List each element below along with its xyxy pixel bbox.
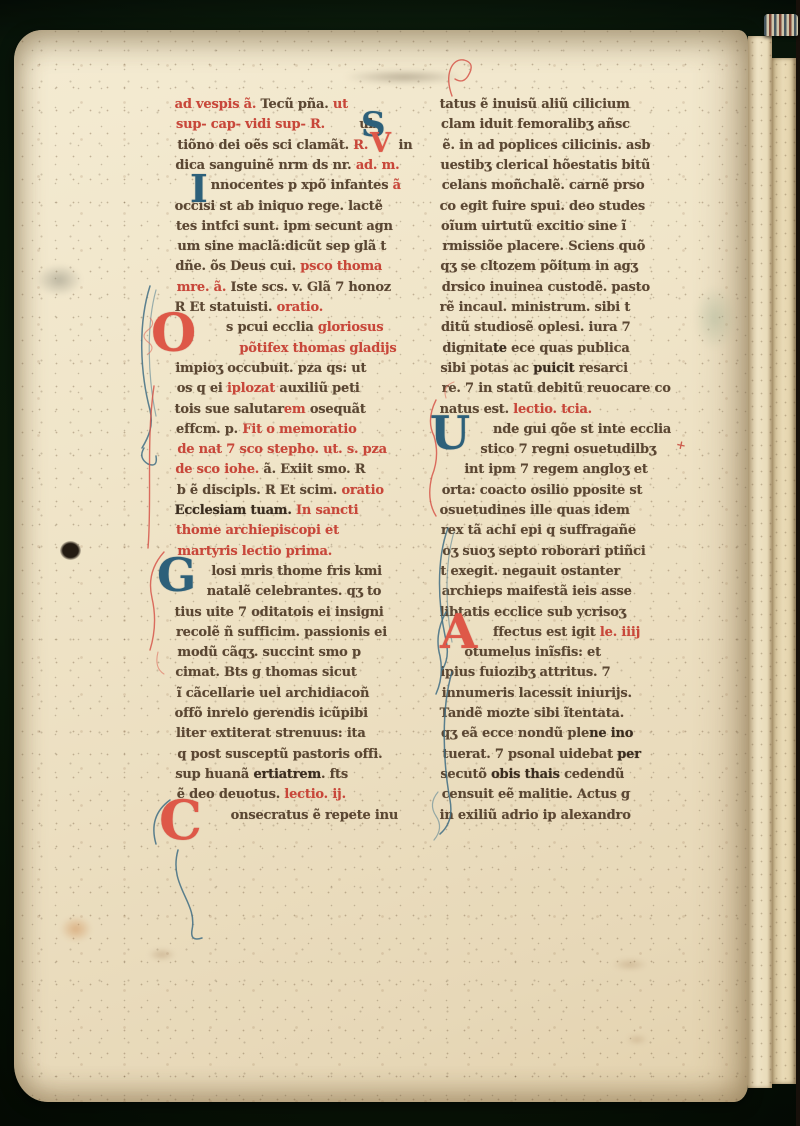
manuscript-line: ĩ cãcellarie uel archidiacoñ: [177, 684, 370, 704]
stain-orange: [60, 916, 92, 942]
text-segment: rex tã achi epi q suffragañe: [441, 523, 636, 538]
manuscript-line: natalẽ celebrantes. qʒ to: [177, 582, 382, 602]
manuscript-line: qʒ se cltozem põitum in agʒ: [440, 257, 637, 277]
manuscript-line: ad vespis ã. Tecũ pña. ut: [175, 95, 348, 115]
text-segment: qʒ eã ecce nondũ ple: [441, 726, 589, 741]
text-segment: orta: coacto osilio pposite st: [442, 483, 643, 498]
text-segment: rmissiõe placere. Sciens quõ: [442, 239, 645, 254]
illuminated-initial-a: A: [440, 610, 477, 654]
manuscript-line: osuetudines ille quas idem: [440, 501, 630, 521]
text-segment: oʒ suoʒ septo roborari ptiñci: [442, 544, 645, 559]
text-segment: ad. m.: [356, 158, 400, 173]
text-segment: ipius fuiozibʒ attritus. 7: [440, 665, 610, 680]
text-segment: ad vespis ã.: [175, 97, 261, 112]
manuscript-line: offõ inrelo gerendis icũpibi: [175, 704, 368, 724]
manuscript-line: põtifex thomas gladijs: [177, 339, 396, 359]
text-segment: re. 7 in statũ debitũ reuocare co: [442, 381, 671, 396]
text-segment: Fit o memoratio: [242, 422, 356, 437]
manuscript-line: qʒ eã ecce nondũ plene ino: [441, 724, 633, 744]
text-segment: thome archiepiscopi et: [176, 523, 339, 538]
text-segment: lectio. tcia.: [513, 402, 592, 417]
text-segment: Ecclesiam tuam.: [175, 503, 296, 518]
text-segment: oratio: [341, 483, 383, 498]
text-segment: oratio.: [277, 300, 323, 315]
text-segment: ertiatrem: [253, 767, 321, 782]
manuscript-line: Ecclesiam tuam. In sancti: [175, 501, 359, 521]
manuscript-line: um sine maclã:dicũt sep glã t: [177, 237, 386, 257]
text-segment: cimat. Bts g thomas sicut: [175, 665, 356, 680]
illuminated-initial-c: C: [159, 796, 202, 846]
text-segment: q post susceptũ pastoris offi.: [177, 747, 382, 762]
text-segment: põtifex thomas gladijs: [239, 341, 396, 356]
text-segment: ditũ studiosẽ oplesi. iura 7: [441, 320, 631, 335]
fore-edge-pages-1: [748, 36, 772, 1088]
manuscript-line: impioʒ occubuit. pza qs: ut: [175, 359, 366, 379]
text-segment: tius uite 7 oditatois ei insigni: [175, 605, 384, 620]
manuscript-line: drsico inuinea custodẽ. pasto: [442, 278, 650, 298]
manuscript-line: tois sue salutarem osequãt: [175, 400, 366, 420]
text-segment: effcm. p.: [176, 422, 242, 437]
text-segment: puicit: [533, 361, 574, 376]
manuscript-line: innumeris lacessit iniurijs.: [442, 684, 632, 704]
text-segment: clam iduit femoralibʒ añsc: [441, 117, 630, 132]
manuscript-line: oĩum uirtutũ excitio sine ĩ: [441, 217, 626, 237]
text-segment: ã: [393, 178, 401, 193]
text-segment: innumeris lacessit iniurijs.: [442, 686, 632, 701]
endband: [764, 14, 798, 36]
manuscript-line: de sco iohe. ã. Exiit smo. R: [175, 460, 365, 480]
text-segment: liter extiterat strenuus: ita: [176, 726, 366, 741]
manuscript-line: thome archiepiscopi et: [176, 521, 339, 541]
text-segment: secutõ: [440, 767, 491, 782]
text-segment: . fts: [321, 767, 348, 782]
text-segment: uestibʒ clerical hõestatis bitũ: [440, 158, 650, 173]
text-segment: stico 7 regni osuetudilbʒ: [480, 442, 656, 457]
text-segment: offõ inrelo gerendis icũpibi: [175, 706, 368, 721]
manuscript-photo: { "document_type": "illuminated manuscri…: [0, 0, 800, 1126]
text-segment: lectio. ij.: [284, 787, 346, 802]
text-segment: gloriosus: [318, 320, 383, 335]
ink-offset-ghost: [694, 286, 736, 350]
manuscript-line: mre. ã. Iste scs. v. Glã 7 honoz: [177, 278, 391, 298]
manuscript-line: effcm. p. Fit o memoratio: [176, 420, 357, 440]
text-segment: tois sue salutar: [175, 402, 284, 417]
manuscript-line: dica sanguinẽ nrm ds nr. ad. m.: [175, 156, 399, 176]
text-segment: natalẽ celebrantes. qʒ to: [207, 584, 382, 599]
text-segment: s pcui ecclia: [226, 320, 318, 335]
illuminated-initial-u: U: [430, 412, 470, 454]
manuscript-line: t exegit. negauit ostanter: [440, 562, 620, 582]
manuscript-line: cimat. Bts g thomas sicut: [175, 663, 356, 683]
manuscript-line: clam iduit femoralibʒ añsc: [441, 115, 630, 135]
text-segment: per: [617, 747, 641, 762]
manuscript-line: de nat 7 sco stepho. ut. s. pza: [177, 440, 387, 460]
text-segment: ffectus est igit: [493, 625, 600, 640]
text-segment: tiõno dei oẽs sci clamãt.: [177, 138, 353, 153]
cover-edge: [796, 0, 800, 1126]
text-segment: tatus ẽ inuisũ aliũ cilicium: [440, 97, 630, 112]
text-segment: modũ cãqʒ. succint smo p: [177, 645, 360, 660]
text-segment: otumelus inĩsfis: et: [464, 645, 601, 660]
manuscript-line: dignitate ece quas publica: [442, 339, 629, 359]
text-segment: um sine maclã:dicũt sep glã t: [177, 239, 386, 254]
stain-small-2: [612, 958, 648, 971]
text-segment: t exegit. negauit ostanter: [440, 564, 620, 579]
text-segment: de nat 7 sco stepho. ut. s. pza: [177, 442, 387, 457]
text-segment: sup- cap- vidi sup- R.: [176, 117, 329, 132]
text-segment: ece quas publica: [507, 341, 630, 356]
text-segment: recolẽ ñ sufficim. passionis ei: [176, 625, 387, 640]
illuminated-initial-v: V: [370, 132, 391, 157]
manuscript-line: nnocentes p xpõ infantes ã: [177, 176, 401, 196]
text-segment: sup huanã: [175, 767, 253, 782]
stain-small-3: [626, 1034, 648, 1045]
text-segment: qʒ se cltozem põitum in agʒ: [440, 259, 637, 274]
manuscript-line: archieps maifestã ieis asse: [442, 582, 632, 602]
text-segment: in exiliũ adrio ip alexandro: [440, 808, 631, 823]
parchment-hole: [60, 541, 81, 560]
manuscript-line: int ipm 7 regem angloʒ et: [440, 460, 647, 480]
manuscript-line: tuerat. 7 psonal uidebat per: [442, 745, 640, 765]
text-segment: obis thais: [491, 767, 560, 782]
text-segment: ut: [333, 97, 348, 112]
manuscript-line: re. 7 in statũ debitũ reuocare co: [442, 379, 671, 399]
text-segment: nnocentes p xpõ infantes: [211, 178, 393, 193]
text-segment: psco thoma: [300, 259, 382, 274]
manuscript-line: dñe. õs Deus cui. psco thoma: [175, 257, 382, 277]
illuminated-initial-g: G: [157, 554, 196, 596]
text-segment: Tecũ pña.: [261, 97, 333, 112]
text-segment: int ipm 7 regem angloʒ et: [464, 462, 647, 477]
text-segment: onsecratus ẽ repete inu: [231, 808, 399, 823]
text-segment: nde gui qõe st inte ecclia: [493, 422, 671, 437]
text-segment: losi mris thome fris kmi: [211, 564, 382, 579]
text-segment: tuerat. 7 psonal uidebat: [442, 747, 617, 762]
text-segment: ã. Exiit smo. R: [263, 462, 365, 477]
text-segment: in: [399, 138, 413, 153]
manuscript-line: ditũ studiosẽ oplesi. iura 7: [441, 318, 631, 338]
manuscript-line: modũ cãqʒ. succint smo p: [177, 643, 360, 663]
text-segment: censuit eẽ malitie. Actus g: [442, 787, 630, 802]
text-segment: osequãt: [306, 402, 366, 417]
manuscript-line: q post susceptũ pastoris offi.: [177, 745, 382, 765]
text-segment: iplozat: [227, 381, 279, 396]
manuscript-line: martyris lectio prima.: [177, 542, 332, 562]
manuscript-line: co egit fuire spui. deo studes: [440, 197, 645, 217]
text-segment: dignita: [442, 341, 493, 356]
text-segment: osuetudines ille quas idem: [440, 503, 630, 518]
manuscript-line: os q ei iplozat auxiliũ peti: [177, 379, 360, 399]
manuscript-line: orta: coacto osilio pposite st: [442, 481, 643, 501]
manuscript-line: tius uite 7 oditatois ei insigni: [175, 603, 384, 623]
manuscript-line: sup- cap- vidi sup- R. ub: [176, 115, 377, 135]
illuminated-initial-i: I: [190, 172, 208, 207]
manuscript-line: tes intfci sunt. ipm secunt agn: [176, 217, 393, 237]
text-segment: Iste scs. v. Glã 7 honoz: [231, 280, 392, 295]
text-segment: Tandẽ mozte sibi ĩtentata.: [440, 706, 624, 721]
text-segment: de sco iohe.: [175, 462, 263, 477]
manuscript-line: recolẽ ñ sufficim. passionis ei: [176, 623, 387, 643]
manuscript-line: rex tã achi epi q suffragañe: [441, 521, 636, 541]
manuscript-line: censuit eẽ malitie. Actus g: [442, 785, 630, 805]
manuscript-line: ẽ deo deuotus. lectio. ij.: [177, 785, 346, 805]
text-segment: archieps maifestã ieis asse: [442, 584, 632, 599]
manuscript-line: losi mris thome fris kmi: [175, 562, 382, 582]
text-segment: co egit fuire spui. deo studes: [440, 199, 645, 214]
text-segment: tes intfci sunt. ipm secunt agn: [176, 219, 393, 234]
text-segment: auxiliũ peti: [279, 381, 359, 396]
text-segment: em: [284, 402, 306, 417]
text-segment: martyris lectio prima.: [177, 544, 332, 559]
manuscript-line: nde gui qõe st inte ecclia: [441, 420, 671, 440]
text-segment: impioʒ occubuit. pza qs: ut: [175, 361, 366, 376]
text-segment: te: [493, 341, 507, 356]
manuscript-line: rẽ incaul. ministrum. sibi t: [440, 298, 631, 318]
manuscript-line: celans moñchalẽ. carnẽ prso: [442, 176, 645, 196]
manuscript-line: liter extiterat strenuus: ita: [176, 724, 366, 744]
stain-small-1: [148, 948, 176, 961]
text-segment: oĩum uirtutũ excitio sine ĩ: [441, 219, 626, 234]
text-segment: cedendũ: [560, 767, 624, 782]
manuscript-line: stico 7 regni osuetudilbʒ: [442, 440, 656, 460]
manuscript-line: secutõ obis thais cedendũ: [440, 765, 624, 785]
stain-smudge: [36, 264, 82, 296]
manuscript-line: ẽ. in ad poplices cilicinis. asb: [442, 136, 650, 156]
text-segment: dñe. õs Deus cui.: [175, 259, 300, 274]
text-segment: ĩ cãcellarie uel archidiacoñ: [177, 686, 370, 701]
manuscript-line: R Et statuisti. oratio.: [175, 298, 324, 318]
text-segment: resarci: [574, 361, 628, 376]
manuscript-line: onsecratus ẽ repete inu: [175, 806, 399, 826]
manuscript-line: ipius fuiozibʒ attritus. 7: [440, 663, 610, 683]
manuscript-line: tatus ẽ inuisũ aliũ cilicium: [440, 95, 630, 115]
text-segment: le. iiij: [600, 625, 640, 640]
text-segment: In sancti: [296, 503, 358, 518]
manuscript-line: rmissiõe placere. Sciens quõ: [442, 237, 645, 257]
manuscript-line: sibi potas ac puicit resarci: [440, 359, 628, 379]
text-segment: b ẽ discipls. R Et scim.: [177, 483, 342, 498]
manuscript-line: s pcui ecclia gloriosus: [176, 318, 383, 338]
illuminated-initial-o: O: [151, 310, 196, 358]
manuscript-line: sup huanã ertiatrem. fts: [175, 765, 348, 785]
text-segment: drsico inuinea custodẽ. pasto: [442, 280, 650, 295]
text-segment: celans moñchalẽ. carnẽ prso: [442, 178, 645, 193]
manuscript-line: uestibʒ clerical hõestatis bitũ: [440, 156, 650, 176]
text-segment: sibi potas ac: [440, 361, 533, 376]
text-segment: ne ino: [589, 726, 633, 741]
text-segment: rẽ incaul. ministrum. sibi t: [440, 300, 631, 315]
manuscript-line: in exiliũ adrio ip alexandro: [440, 806, 631, 826]
text-segment: ẽ. in ad poplices cilicinis. asb: [442, 138, 650, 153]
manuscript-line: oʒ suoʒ septo roborari ptiñci: [442, 542, 645, 562]
fore-edge-pages-2: [772, 58, 796, 1084]
text-segment: mre. ã.: [177, 280, 231, 295]
shadow-crease: [344, 70, 464, 84]
manuscript-line: b ẽ discipls. R Et scim. oratio: [177, 481, 384, 501]
manuscript-line: Tandẽ mozte sibi ĩtentata.: [440, 704, 624, 724]
text-segment: os q ei: [177, 381, 227, 396]
